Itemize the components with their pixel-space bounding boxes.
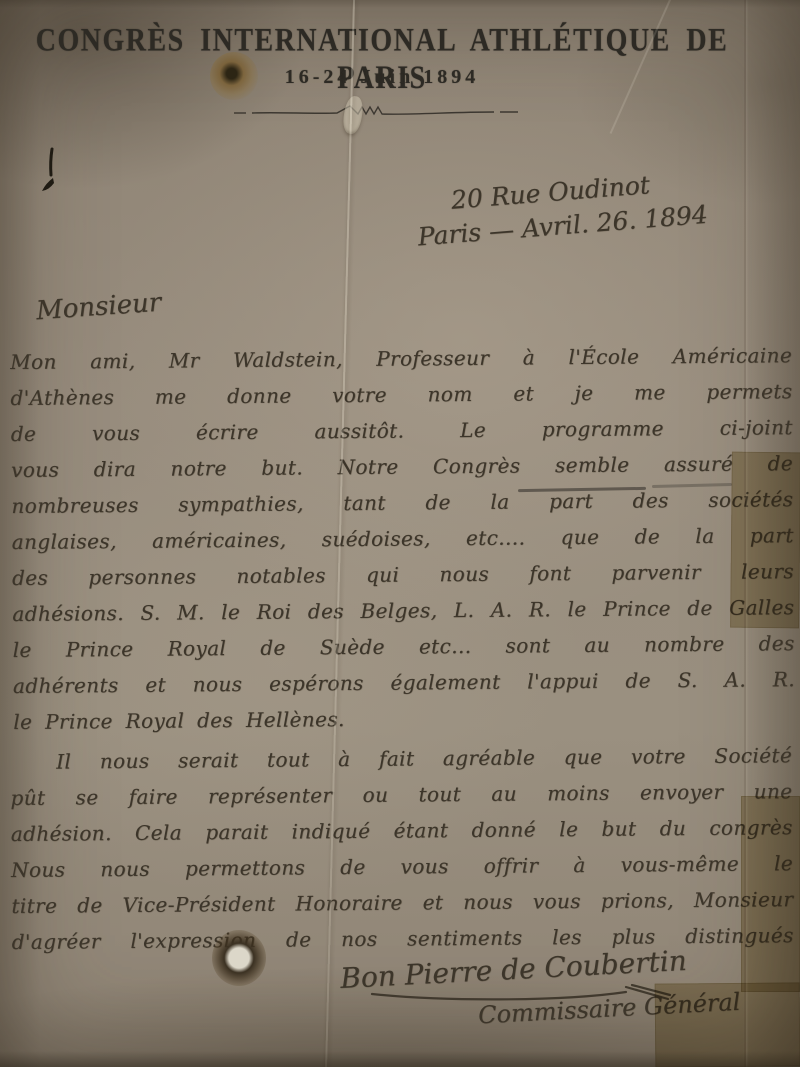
ink-stain bbox=[210, 52, 258, 100]
letterhead-dates: 16-24 Juin 1894 bbox=[0, 66, 764, 89]
divider-flourish-icon bbox=[232, 102, 522, 120]
scanned-letter-page: CONGRÈS INTERNATIONAL ATHLÉTIQUE DE PARI… bbox=[0, 0, 800, 1067]
letter-line: le Prince Royal des Hellènes. bbox=[13, 697, 795, 740]
tape-patch-lower-right bbox=[741, 796, 800, 992]
top-paper-edge bbox=[0, 0, 800, 8]
right-fold-crease bbox=[744, 0, 746, 1067]
burn-hole bbox=[212, 930, 266, 986]
tape-patch-right bbox=[730, 452, 800, 629]
body-paragraph-1: Mon ami, Mr Waldstein, Professeur à l'Éc… bbox=[10, 337, 795, 740]
address-block: 20 Rue Oudinot Paris — Avril. 26. 1894 bbox=[414, 158, 790, 255]
salutation: Monsieur bbox=[35, 288, 162, 327]
ink-mark-icon bbox=[38, 146, 64, 202]
bottom-paper-edge bbox=[0, 1051, 800, 1067]
letter-line: adhérents et nous espérons également l'a… bbox=[13, 661, 795, 704]
paper-tear bbox=[341, 95, 365, 135]
body-paragraph-2: Il nous serait tout à fait agréable que … bbox=[10, 737, 794, 960]
